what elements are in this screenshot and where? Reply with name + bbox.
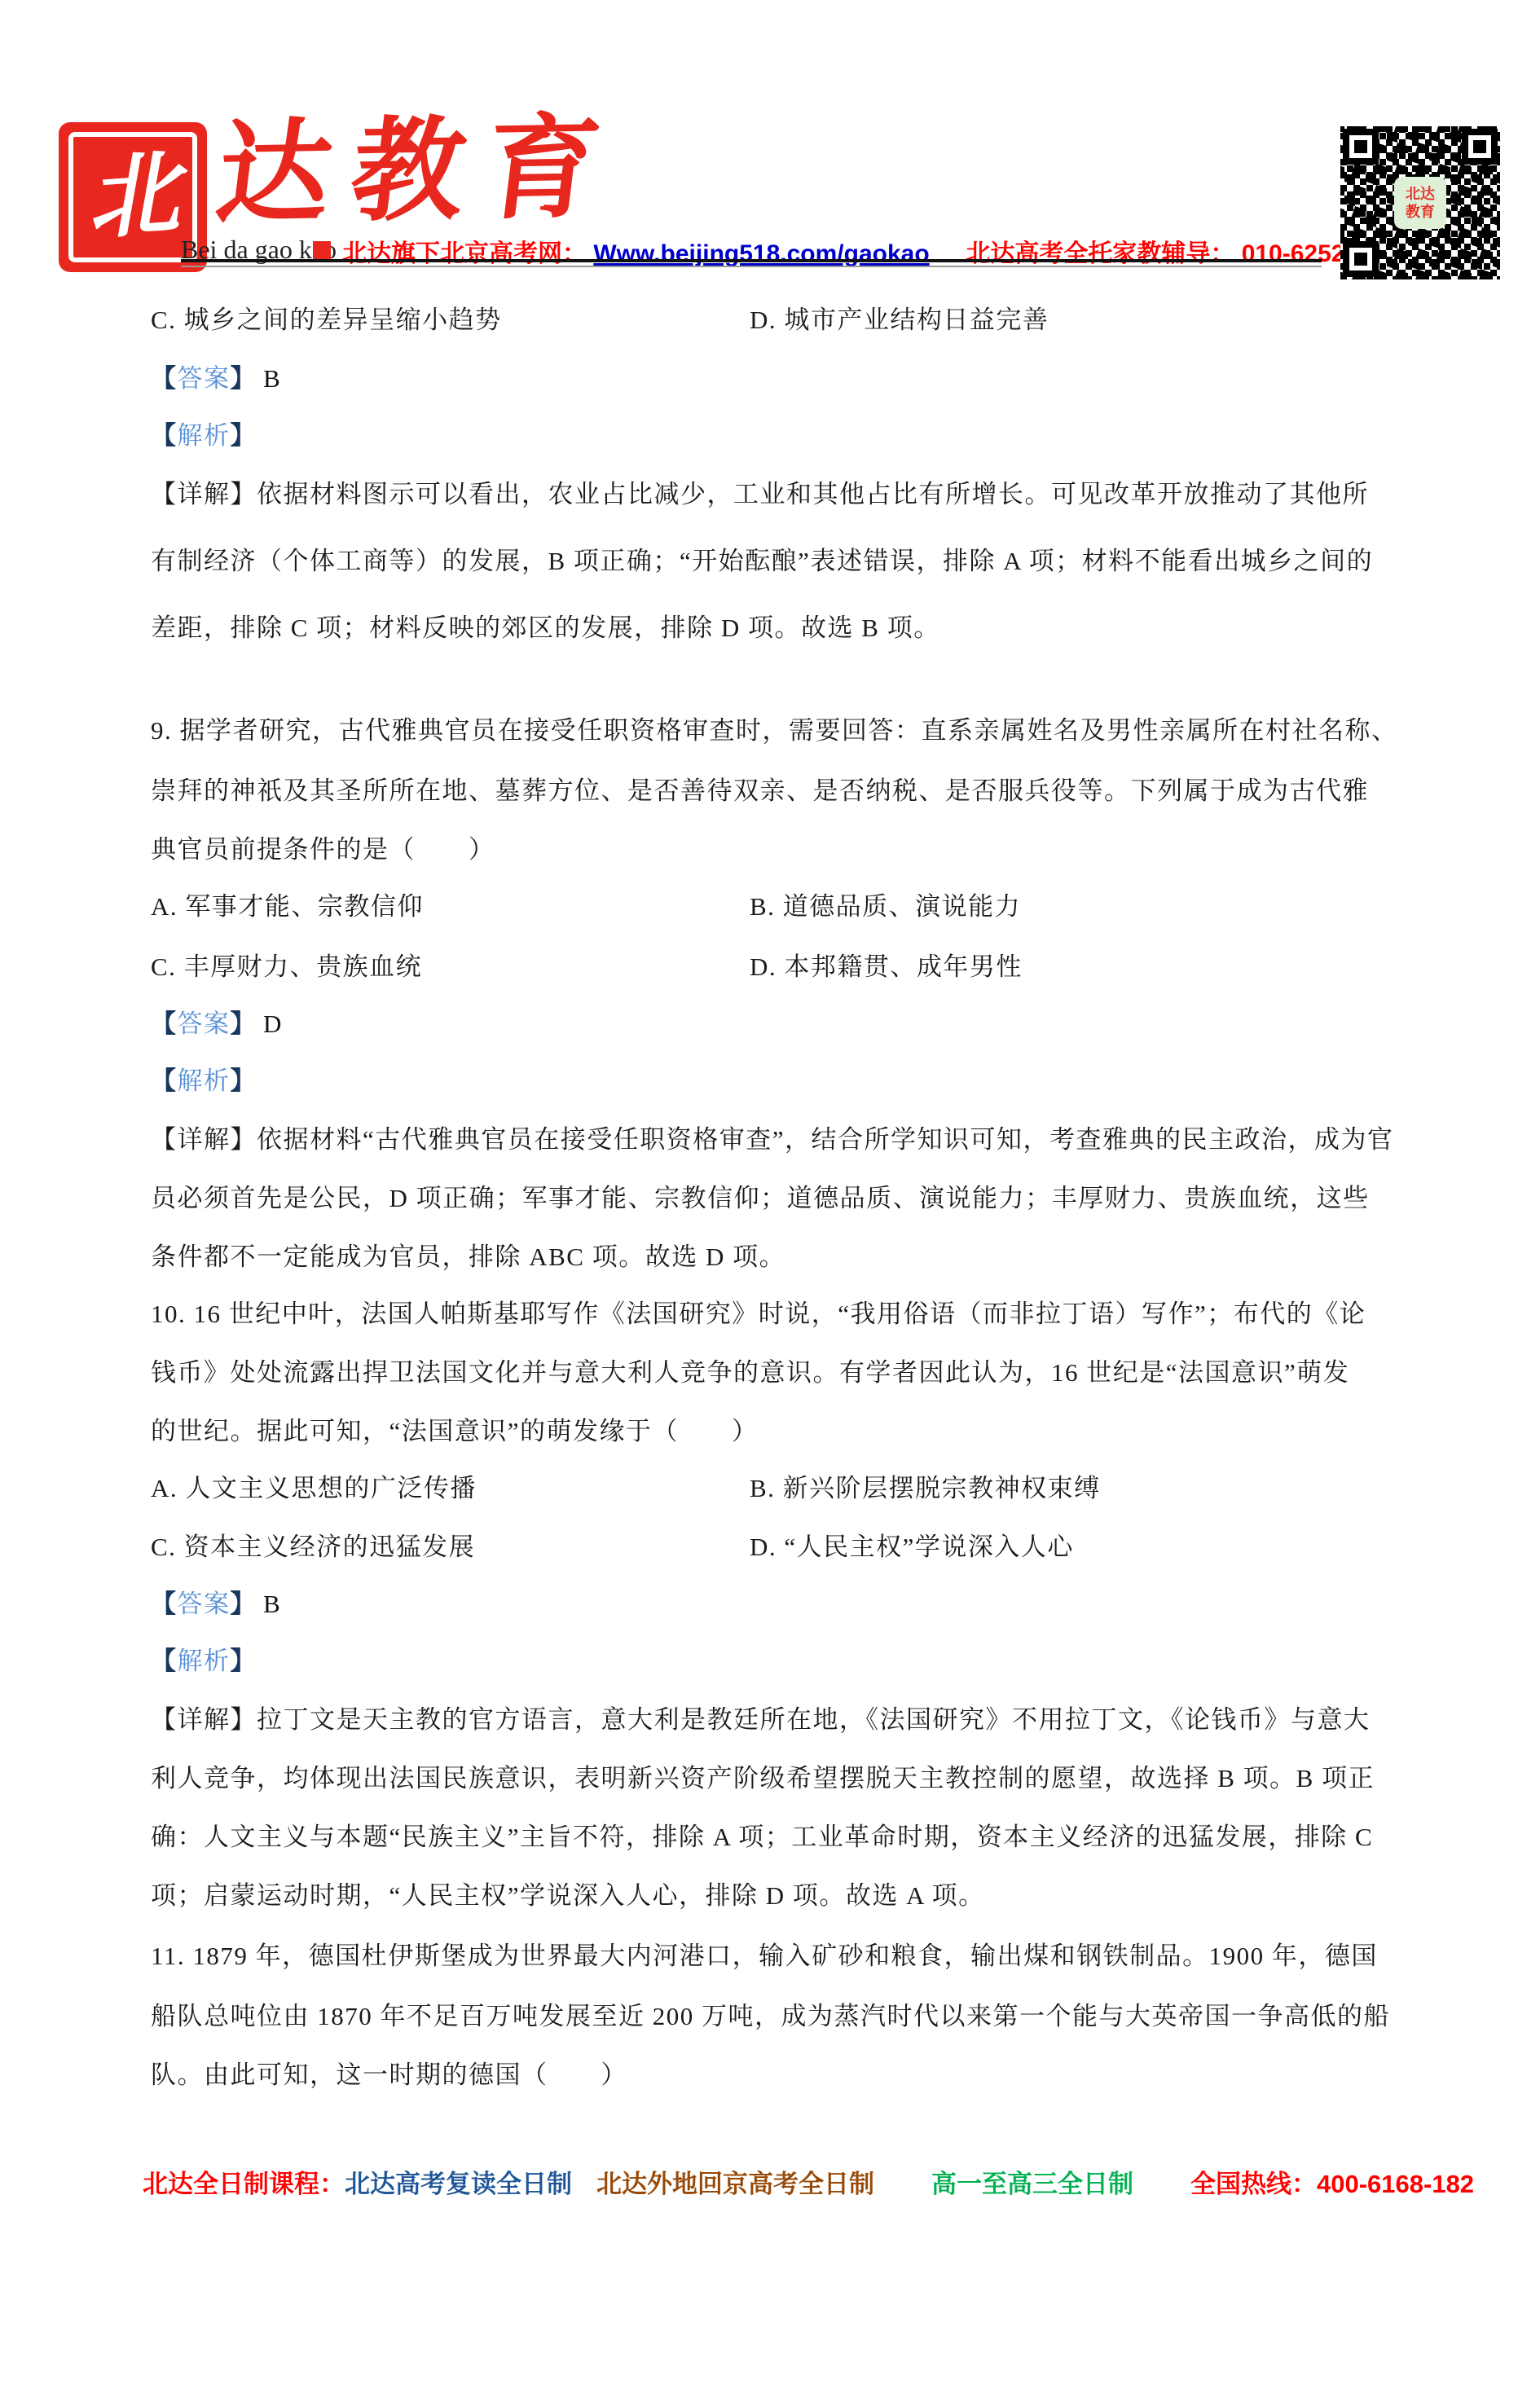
option-left: A. 军事才能、宗教信仰 [151,892,424,921]
analysis-row: 【解析】 [151,419,257,453]
footer-course-1: 北达高考复读全日制 [345,2170,572,2198]
option-right: B. 新兴阶层摆脱宗教神权束缚 [750,1471,1101,1506]
answer-label: 答案 [178,1009,231,1038]
answer-row: 【答案】B [151,362,281,396]
option-left: C. 丰厚财力、贵族血统 [151,952,422,981]
question-line: 11. 1879 年，德国杜伊斯堡成为世界最大内河港口，输入矿砂和粮食，输出煤和… [151,1939,1378,1973]
question-line: 队。由此可知，这一时期的德国（ ） [151,2058,627,2092]
body-line: 【详解】拉丁文是天主教的官方语言，意大利是教廷所在地，《法国研究》不用拉丁文，《… [151,1703,1371,1737]
question-line: 船队总吨位由 1870 年不足百万吨发展至近 200 万吨，成为蒸汽时代以来第一… [151,1999,1390,2034]
analysis-row: 【解析】 [151,1064,257,1098]
body-line: 【详解】依据材料图示可以看出，农业占比减少，工业和其他占比有所增长。可见改革开放… [151,477,1369,512]
analysis-label: 解析 [178,1647,231,1675]
answer-label: 答案 [178,364,231,393]
answer-label: 答案 [178,1590,231,1618]
body-line: 有制经济（个体工商等）的发展，B 项正确；“开始酝酿”表述错误，排除 A 项；材… [151,544,1373,578]
question-line: 典官员前提条件的是（ ） [151,833,495,867]
answer-row: 【答案】B [151,1587,281,1621]
qr-finder-icon [1462,129,1498,165]
option-left: C. 城乡之间的差异呈缩小趋势 [151,306,502,334]
option-row: C. 丰厚财力、贵族血统 D. 本邦籍贯、成年男性 [151,950,422,984]
option-right: D. 本邦籍贯、成年男性 [750,950,1023,984]
option-right: B. 道德品质、演说能力 [750,890,1021,924]
option-left: C. 资本主义经济的迅猛发展 [151,1533,475,1561]
question-line: 10. 16 世纪中叶，法国人帕斯基耶写作《法国研究》时说，“我用俗语（而非拉丁… [151,1297,1366,1331]
question-line: 9. 据学者研究，古代雅典官员在接受任职资格审查时，需要回答：直系亲属姓名及男性… [151,714,1398,748]
option-row: A. 人文主义思想的广泛传播 B. 新兴阶层摆脱宗教神权束缚 [151,1471,477,1506]
body-line: 员必须首先是公民，D 项正确；军事才能、宗教信仰；道德品质、演说能力；丰厚财力、… [151,1181,1370,1216]
option-row: C. 城乡之间的差异呈缩小趋势 D. 城市产业结构日益完善 [151,303,502,337]
body-line: 差距，排除 C 项；材料反映的郊区的发展，排除 D 项。故选 B 项。 [151,611,940,645]
analysis-row: 【解析】 [151,1644,257,1678]
footer-course-2: 北达外地回京高考全日制 [596,2170,874,2198]
option-row: C. 资本主义经济的迅猛发展 D. “人民主权”学说深入人心 [151,1530,475,1564]
answer-value: D [263,1009,283,1038]
question-line: 钱币》处处流露出捍卫法国文化并与意大利人竞争的意识。有学者因此认为，16 世纪是… [151,1356,1349,1390]
option-right: D. “人民主权”学说深入人心 [750,1530,1074,1564]
body-line: 【详解】依据材料“古代雅典官员在接受任职资格审查”，结合所学知识可知，考查雅典的… [151,1123,1394,1157]
exam-content: C. 城乡之间的差异呈缩小趋势 D. 城市产业结构日益完善 【答案】B 【解析】… [151,0,1442,2118]
option-row: A. 军事才能、宗教信仰 B. 道德品质、演说能力 [151,890,424,924]
document-page: 北 达教育 Bei da gao kao 北达旗下北京高考网： Www.beij… [0,0,1540,2406]
answer-value: B [263,364,281,393]
option-left: A. 人文主义思想的广泛传播 [151,1474,477,1502]
body-line: 项；启蒙运动时期，“人民主权”学说深入人心，排除 D 项。故选 A 项。 [151,1879,985,1913]
body-line: 利人竞争，均体现出法国民族意识，表明新兴资产阶级希望摆脱天主教控制的愿望，故选择… [151,1762,1375,1796]
option-right: D. 城市产业结构日益完善 [750,303,1049,337]
analysis-label: 解析 [178,1067,231,1095]
answer-row: 【答案】D [151,1007,283,1041]
question-line: 崇拜的神祇及其圣所所在地、墓葬方位、是否善待双亲、是否纳税、是否服兵役等。下列属… [151,774,1369,808]
answer-value: B [263,1590,281,1618]
footer-label: 北达全日制课程： [143,2170,345,2198]
analysis-label: 解析 [178,421,231,450]
footer-course-3: 高一至高三全日制 [931,2170,1133,2198]
footer-hotline: 全国热线：400-6168-182 [1190,2170,1474,2198]
body-line: 确：人文主义与本题“民族主义”主旨不符，排除 A 项；工业革命时期，资本主义经济… [151,1820,1373,1854]
page-footer: 北达全日制课程：北达高考复读全日制北达外地回京高考全日制高一至高三全日制全国热线… [143,2163,1474,2200]
question-line: 的世纪。据此可知，“法国意识”的萌发缘于（ ） [151,1414,759,1449]
body-line: 条件都不一定能成为官员，排除 ABC 项。故选 D 项。 [151,1240,785,1274]
